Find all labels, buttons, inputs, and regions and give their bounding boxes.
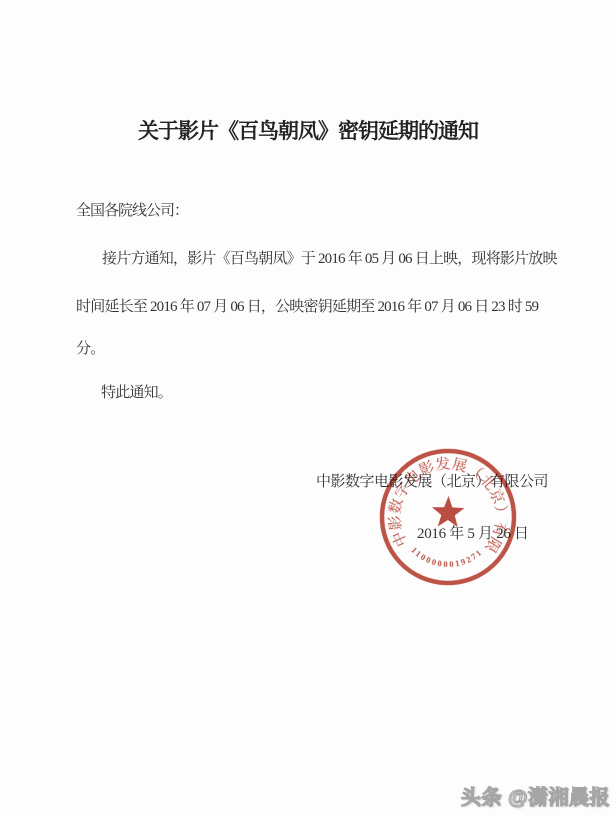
seal-number-textpath: 1100000019271: [409, 545, 485, 570]
seal-number: 1100000019271: [409, 545, 485, 570]
salutation: 全国各院线公司：: [76, 199, 188, 220]
star-icon: [432, 496, 465, 528]
body-line: 分。: [76, 337, 104, 358]
seal-ring-text: 中影数字电影发展（北京）有限公司: [375, 444, 511, 556]
watermark: 头条 @潇湘晨报: [461, 781, 610, 810]
notice-page: 关于影片《百鸟朝凤》密钥延期的通知 全国各院线公司： 接片方通知，影片《百鸟朝凤…: [0, 0, 616, 816]
body-line: 接片方通知，影片《百鸟朝凤》于 2016 年 05 月 06 日上映，现将影片放…: [102, 247, 557, 268]
closing-line: 特此通知。: [101, 381, 172, 402]
body-line: 时间延长至 2016 年 07 月 06 日，公映密钥延期至 2016 年 07…: [76, 295, 538, 316]
company-seal: 中影数字电影发展（北京）有限公司 1100000019271: [375, 444, 521, 590]
seal-ring-textpath: 中影数字电影发展（北京）有限公司: [375, 444, 511, 556]
document-title: 关于影片《百鸟朝凤》密钥延期的通知: [0, 115, 616, 145]
